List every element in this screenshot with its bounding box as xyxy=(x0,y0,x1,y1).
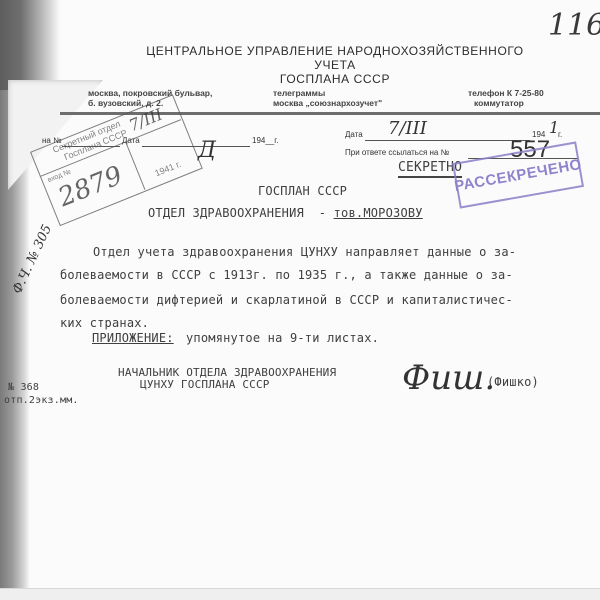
scan-corner-shadow xyxy=(0,0,60,90)
signatory-name: (Фишко) xyxy=(487,375,539,389)
body-line-3: болеваемости дифтерией и скарлатиной в С… xyxy=(60,293,513,307)
letterhead-phone: телефон К 7-25-80 коммутатор xyxy=(468,88,544,108)
attachment-label: ПРИЛОЖЕНИЕ: xyxy=(92,331,174,345)
addressee-person: тов.МОРОЗОВУ xyxy=(334,206,423,220)
letterhead-telegram: телеграммы москва „союзнархозучет" xyxy=(273,88,382,108)
date-line-right xyxy=(365,140,530,141)
body-line-4: ких странах. xyxy=(60,316,149,330)
year-suffix: г. xyxy=(558,130,562,139)
telegram-label: телеграммы xyxy=(273,88,382,98)
letterhead-title: ЦЕНТРАЛЬНОЕ УПРАВЛЕНИЕ НАРОДНОХОЗЯЙСТВЕН… xyxy=(125,44,545,86)
addressee-line: ОТДЕЛ ЗДРАВООХРАНЕНИЯ - тов.МОРОЗОВУ xyxy=(148,206,423,220)
date-label-right: Дата xyxy=(345,130,363,139)
letterhead-title-line1: ЦЕНТРАЛЬНОЕ УПРАВЛЕНИЕ НАРОДНОХОЗЯЙСТВЕН… xyxy=(125,44,545,72)
scan-bottom-edge xyxy=(0,588,600,600)
year-left: 194__г. xyxy=(252,136,278,145)
date-value: 7/III xyxy=(388,118,427,139)
addressee-department: ОТДЕЛ ЗДРАВООХРАНЕНИЯ - xyxy=(148,206,334,220)
attachment-text: упомянутое на 9-ти листах. xyxy=(186,331,379,345)
body-line-2: болеваемости в СССР с 1913г. по 1935 г.,… xyxy=(60,268,513,282)
signature-mark: Фиш. xyxy=(402,358,495,398)
phone-switchboard: коммутатор xyxy=(468,98,544,108)
addressee-org: ГОСПЛАН СССР xyxy=(258,184,347,198)
address-line: москва, покровский бульвар, xyxy=(88,88,212,98)
archive-copies: отп.2экз.мм. xyxy=(4,395,79,406)
archive-number: № 368 xyxy=(8,382,39,393)
telegram-address: москва „союзнархозучет" xyxy=(273,98,382,108)
body-line-1: Отдел учета здравоохранения ЦУНХУ направ… xyxy=(93,245,516,259)
registry-mark: Д xyxy=(198,138,216,163)
signature-title-line2: ЦУНХУ ГОСПЛАНА СССР xyxy=(140,378,270,391)
letterhead-title-line2: ГОСПЛАНА СССР xyxy=(125,72,545,86)
phone-number: телефон К 7-25-80 xyxy=(468,88,544,98)
page-number: 116 xyxy=(548,8,600,43)
reply-label: При ответе ссылаться на № xyxy=(345,148,449,157)
